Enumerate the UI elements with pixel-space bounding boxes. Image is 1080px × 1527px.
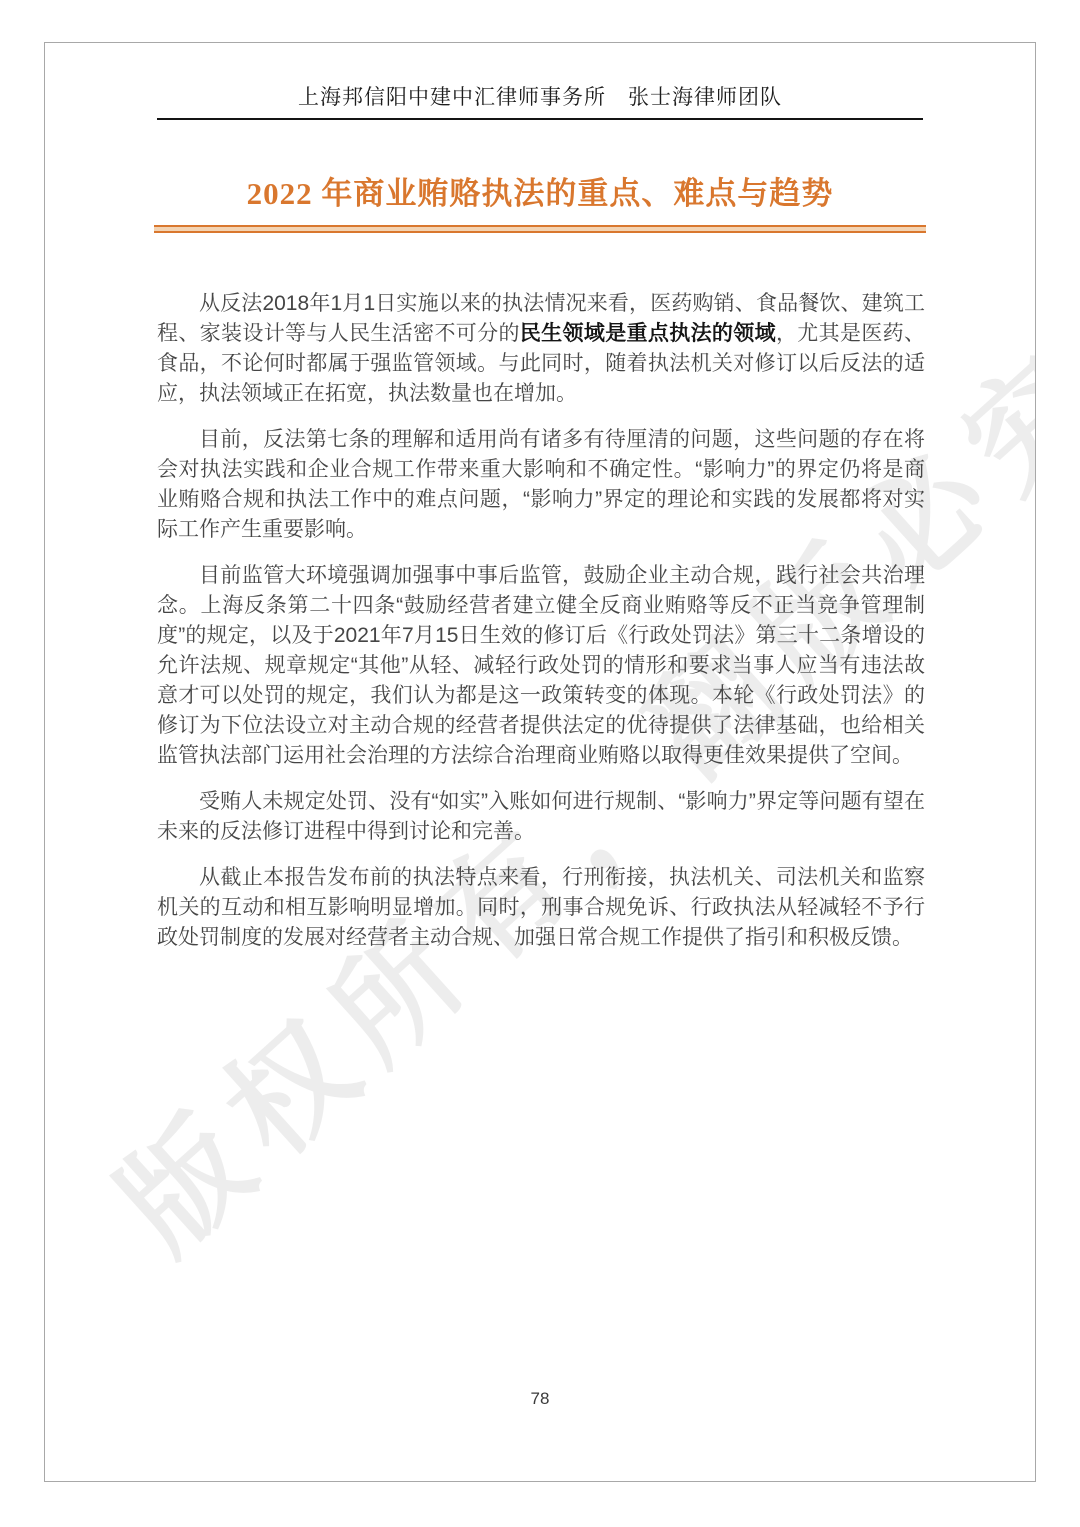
paragraph: 受贿人未规定处罚、没有“如实”入账如何进行规制、“影响力”界定等问题有望在未来的… <box>157 787 925 847</box>
body-text: 目前，反法第七条的理解和适用尚有诸多有待厘清的问题，这些问题的存在将会对执法实践… <box>157 428 925 541</box>
body-text: 受贿人未规定处罚、没有“如实”入账如何进行规制、“影响力”界定等问题有望在未来的… <box>157 790 925 843</box>
page-header: 上海邦信阳中建中汇律师事务所 张士海律师团队 <box>45 43 1035 120</box>
paragraph: 目前，反法第七条的理解和适用尚有诸多有待厘清的问题，这些问题的存在将会对执法实践… <box>157 425 925 545</box>
header-divider <box>157 118 923 120</box>
firm-name-header: 上海邦信阳中建中汇律师事务所 张士海律师团队 <box>45 81 1035 111</box>
page-title: 2022 年商业贿赂执法的重点、难点与趋势 <box>45 168 1035 213</box>
title-divider <box>154 225 926 233</box>
page-number: 78 <box>45 1389 1035 1409</box>
document-page: 版权所有，翻版必究 上海邦信阳中建中汇律师事务所 张士海律师团队 2022 年商… <box>44 42 1036 1482</box>
paragraph: 从反法2018年1月1日实施以来的执法情况来看，医药购销、食品餐饮、建筑工程、家… <box>157 289 925 409</box>
body-text: 从截止本报告发布前的执法特点来看，行刑衔接，执法机关、司法机关和监察机关的互动和… <box>157 866 925 949</box>
document-canvas: 版权所有，翻版必究 上海邦信阳中建中汇律师事务所 张士海律师团队 2022 年商… <box>0 0 1080 1527</box>
page-content-area: 上海邦信阳中建中汇律师事务所 张士海律师团队 2022 年商业贿赂执法的重点、难… <box>45 43 1035 1481</box>
body-text: 目前监管大环境强调加强事中事后监管，鼓励企业主动合规，践行社会共治理念。上海反条… <box>157 564 925 767</box>
paragraph: 目前监管大环境强调加强事中事后监管，鼓励企业主动合规，践行社会共治理念。上海反条… <box>157 561 925 771</box>
paragraph: 从截止本报告发布前的执法特点来看，行刑衔接，执法机关、司法机关和监察机关的互动和… <box>157 863 925 953</box>
paragraphs: 从反法2018年1月1日实施以来的执法情况来看，医药购销、食品餐饮、建筑工程、家… <box>157 289 925 953</box>
emphasis-text: 民生领域是重点执法的领域 <box>520 322 776 345</box>
